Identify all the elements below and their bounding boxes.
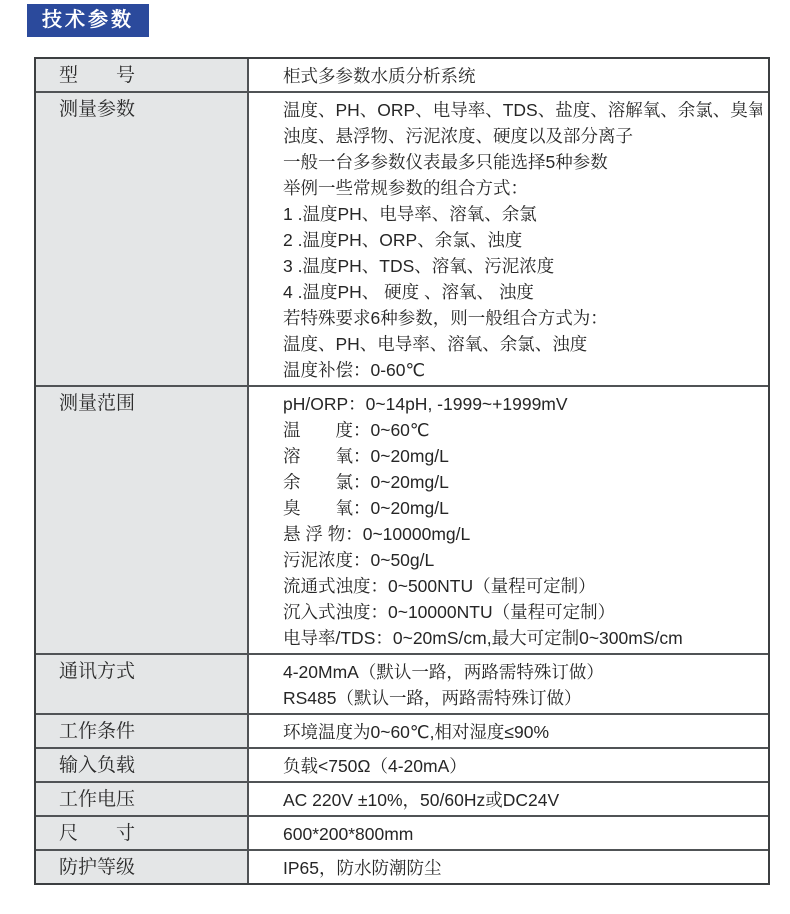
spec-value-line: 2 .温度PH、ORP、余氯、浊度 [283,227,762,253]
spec-value-line: 流通式浊度：0~500NTU（量程可定制） [283,573,762,599]
table-row: 工作条件 环境温度为0~60℃,相对湿度≤90% [36,715,768,749]
table-row: 测量参数 温度、PH、ORP、电导率、TDS、盐度、溶解氧、余氯、臭氧、浊度、悬… [36,93,768,387]
spec-value-line: 温度、PH、电导率、溶氧、余氯、浊度 [283,331,762,357]
spec-label: 通讯方式 [59,659,135,685]
spec-label: 工作电压 [59,787,135,813]
section-title-badge: 技术参数 [27,4,149,37]
spec-value-cell: 柜式多参数水质分析系统 [249,59,768,91]
spec-table: 型号 柜式多参数水质分析系统 测量参数 温度、PH、ORP、电导率、TDS、盐度… [34,57,770,885]
spec-value-line: 悬 浮 物：0~10000mg/L [283,521,762,547]
spec-label-cell: 防护等级 [36,851,249,883]
spec-label-cell: 测量范围 [36,387,249,653]
spec-value-line: 4 .温度PH、 硬度 、溶氧、 浊度 [283,279,762,305]
spec-value-line: 1 .温度PH、电导率、溶氧、余氯 [283,201,762,227]
spec-label-cell: 输入负载 [36,749,249,781]
spec-value-line: 温 度：0~60℃ [283,417,762,443]
spec-value-cell: 4-20MmA（默认一路，两路需特殊订做）RS485（默认一路，两路需特殊订做） [249,655,768,713]
spec-label-cell: 测量参数 [36,93,249,385]
spec-value-line: pH/ORP：0~14pH, -1999~+1999mV [283,391,762,417]
spec-label: 工作条件 [59,719,135,745]
spec-value-line: 600*200*800mm [283,821,762,847]
spec-value-cell: 600*200*800mm [249,817,768,849]
table-row: 防护等级 IP65，防水防潮防尘 [36,851,768,883]
spec-value-cell: pH/ORP：0~14pH, -1999~+1999mV温 度：0~60℃溶 氧… [249,387,768,653]
spec-label: 测量范围 [59,391,135,417]
spec-value-line: 负载<750Ω（4-20mA） [283,753,762,779]
spec-value-cell: AC 220V ±10%，50/60Hz或DC24V [249,783,768,815]
spec-value-line: 温度补偿：0-60℃ [283,357,762,383]
spec-value-line: 污泥浓度：0~50g/L [283,547,762,573]
section-title: 技术参数 [42,9,134,31]
spec-value-line: 溶 氧：0~20mg/L [283,443,762,469]
spec-label-cell: 通讯方式 [36,655,249,713]
spec-label-cell: 型号 [36,59,249,91]
spec-value-line: 4-20MmA（默认一路，两路需特殊订做） [283,659,762,685]
spec-label: 测量参数 [59,97,135,123]
table-row: 输入负载 负载<750Ω（4-20mA） [36,749,768,783]
spec-label: 输入负载 [59,753,135,779]
spec-sheet: 技术参数 型号 柜式多参数水质分析系统 测量参数 温度、PH、ORP、电导率、T… [0,0,790,914]
spec-value-line: 若特殊要求6种参数，则一般组合方式为： [283,305,762,331]
spec-value-cell: IP65，防水防潮防尘 [249,851,768,883]
spec-value-cell: 负载<750Ω（4-20mA） [249,749,768,781]
spec-label: 防护等级 [59,855,135,881]
spec-label-cell: 工作电压 [36,783,249,815]
spec-value-line: RS485（默认一路，两路需特殊订做） [283,685,762,711]
spec-value-line: 浊度、悬浮物、污泥浓度、硬度以及部分离子 [283,123,762,149]
spec-value-line: IP65，防水防潮防尘 [283,855,762,881]
table-row: 尺寸 600*200*800mm [36,817,768,851]
spec-value-cell: 温度、PH、ORP、电导率、TDS、盐度、溶解氧、余氯、臭氧、浊度、悬浮物、污泥… [249,93,768,385]
table-row: 通讯方式 4-20MmA（默认一路，两路需特殊订做）RS485（默认一路，两路需… [36,655,768,715]
spec-value-line: 环境温度为0~60℃,相对湿度≤90% [283,719,762,745]
spec-label: 尺寸 [59,821,135,847]
spec-value-cell: 环境温度为0~60℃,相对湿度≤90% [249,715,768,747]
table-row: 型号 柜式多参数水质分析系统 [36,59,768,93]
spec-label-cell: 尺寸 [36,817,249,849]
spec-label-cell: 工作条件 [36,715,249,747]
spec-label: 型号 [59,63,135,89]
spec-value-line: 余 氯：0~20mg/L [283,469,762,495]
spec-value-line: AC 220V ±10%，50/60Hz或DC24V [283,787,762,813]
spec-value-line: 臭 氧：0~20mg/L [283,495,762,521]
table-row: 测量范围 pH/ORP：0~14pH, -1999~+1999mV温 度：0~6… [36,387,768,655]
spec-value-line: 温度、PH、ORP、电导率、TDS、盐度、溶解氧、余氯、臭氧、 [283,97,762,123]
spec-value-line: 电导率/TDS：0~20mS/cm,最大可定制0~300mS/cm [283,625,762,651]
spec-value-line: 一般一台多参数仪表最多只能选择5种参数 [283,149,762,175]
table-row: 工作电压 AC 220V ±10%，50/60Hz或DC24V [36,783,768,817]
spec-value-line: 柜式多参数水质分析系统 [283,63,762,89]
spec-value-line: 举例一些常规参数的组合方式： [283,175,762,201]
spec-value-line: 3 .温度PH、TDS、溶氧、污泥浓度 [283,253,762,279]
spec-value-line: 沉入式浊度：0~10000NTU（量程可定制） [283,599,762,625]
